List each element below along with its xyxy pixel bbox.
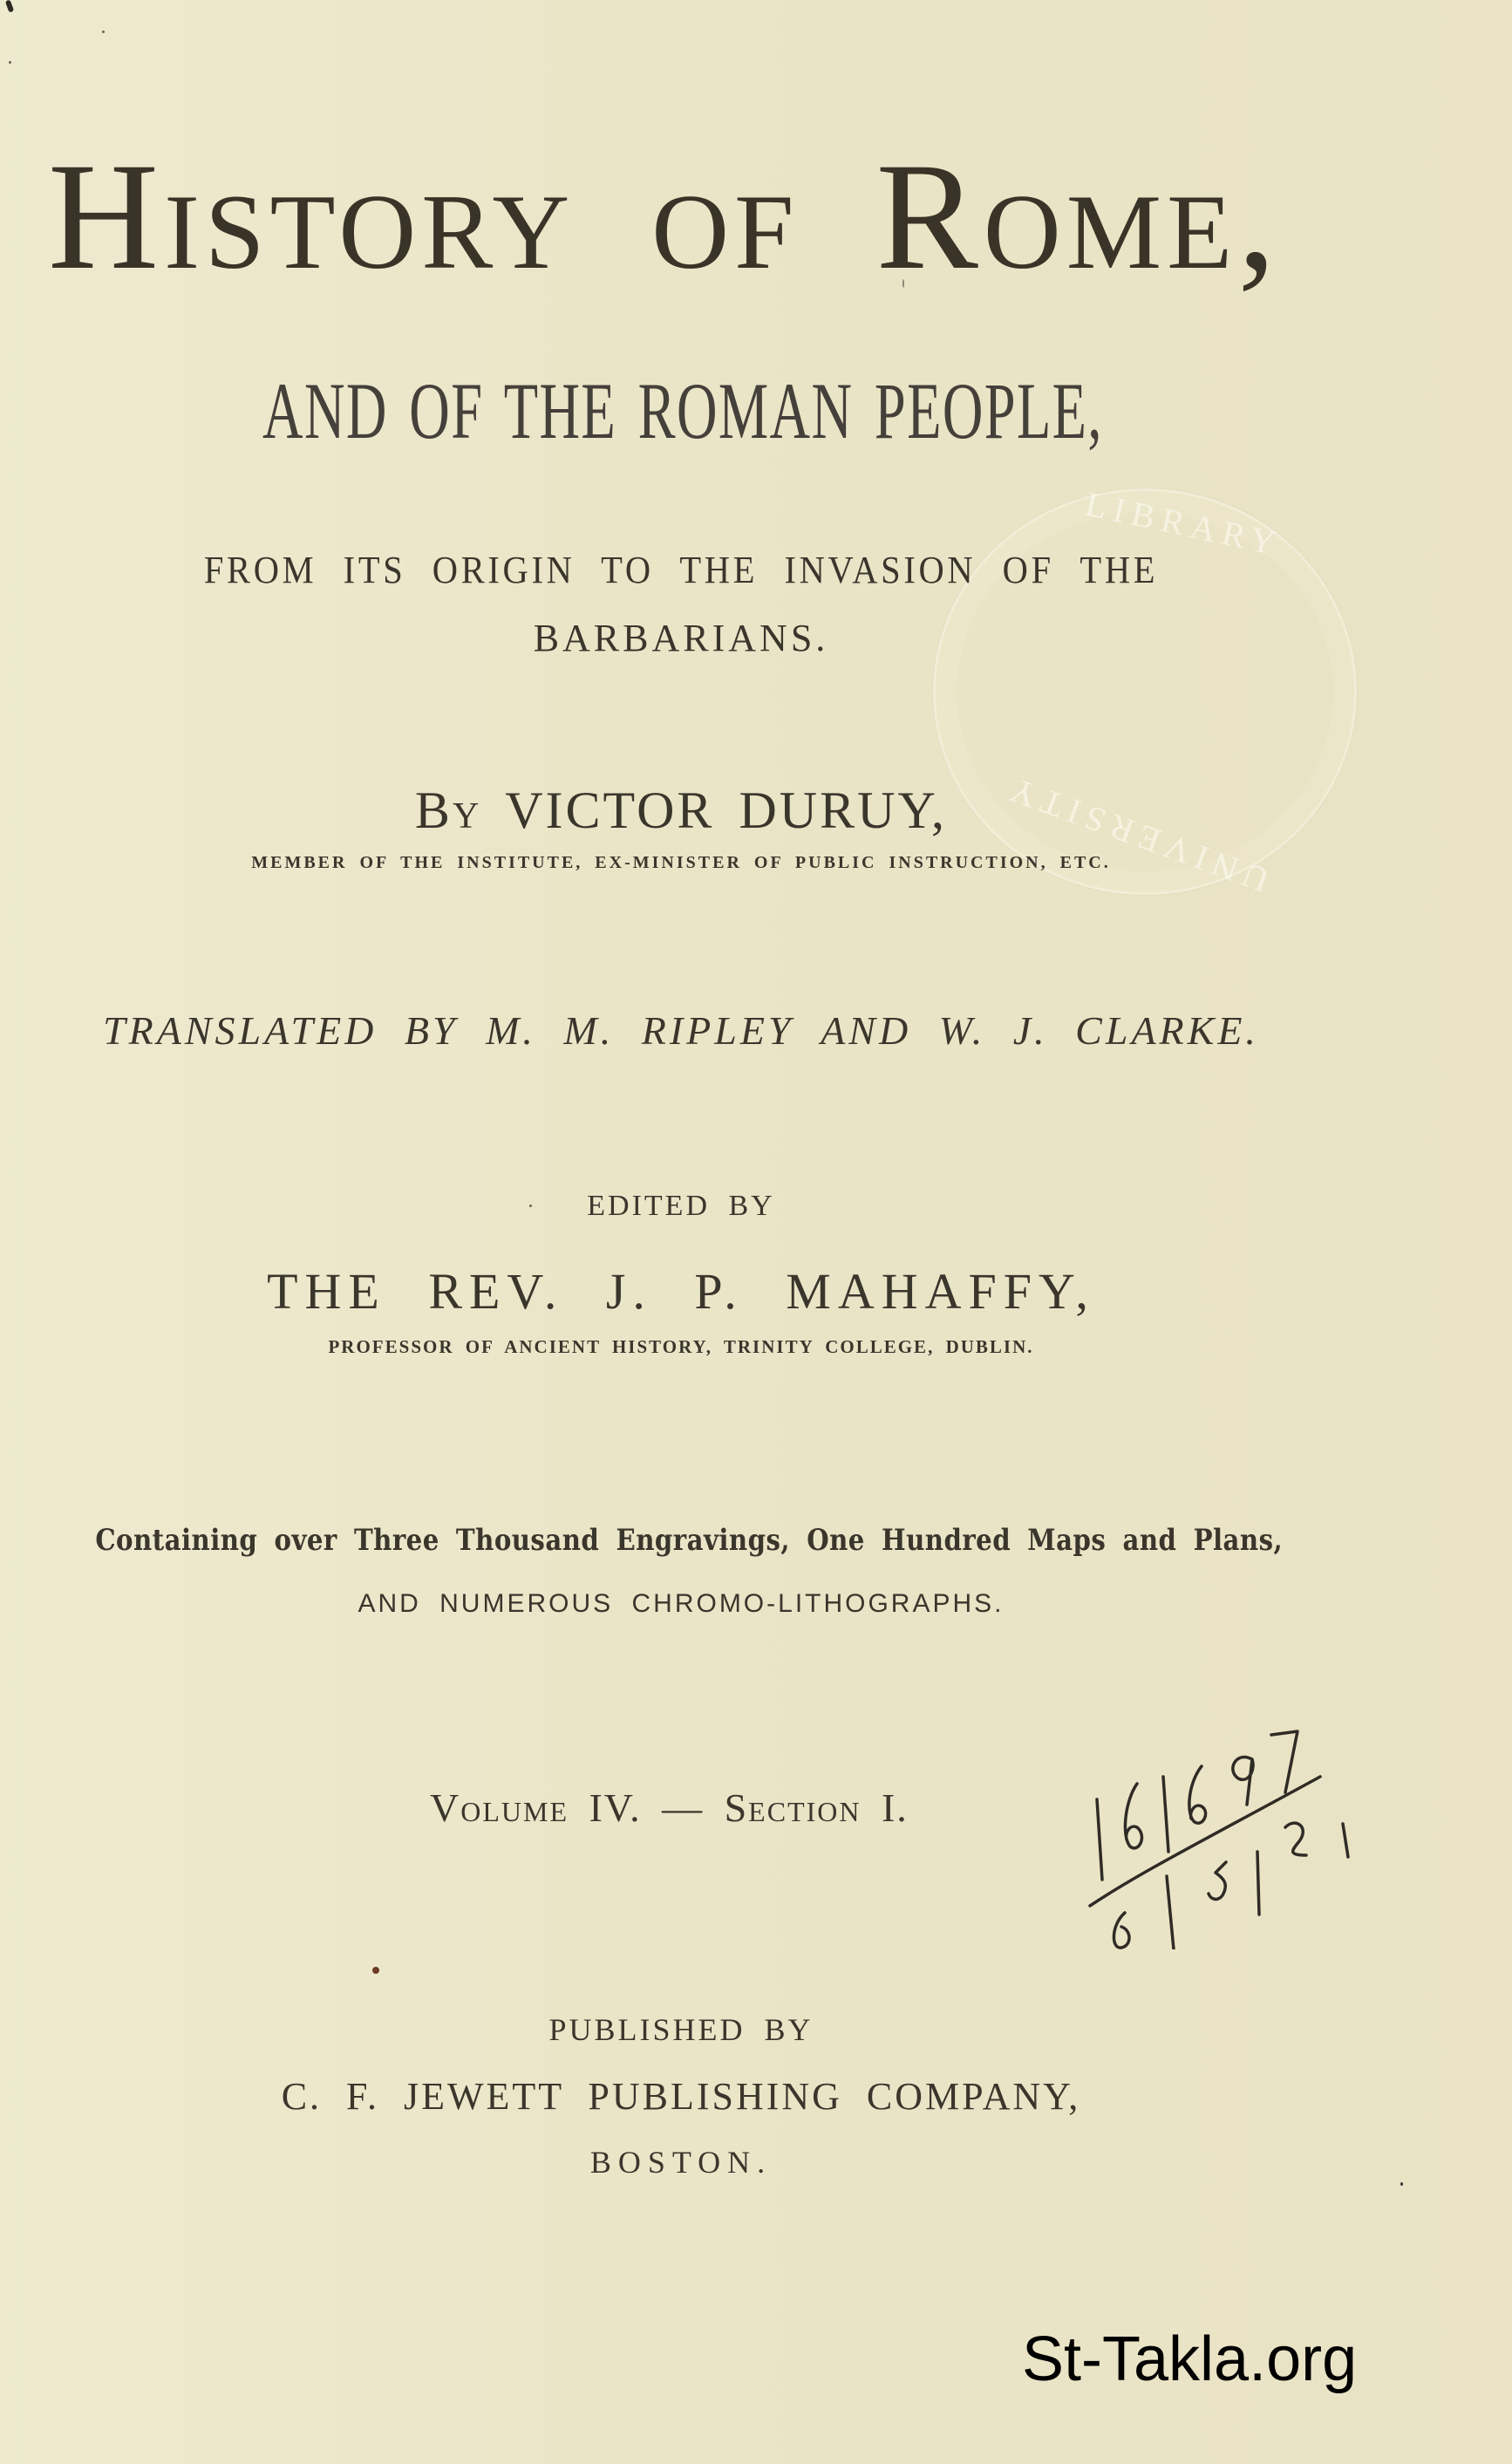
contents-second-line: AND NUMEROUS CHROMO-LITHOGRAPHS. xyxy=(0,1589,1362,1619)
ink-mark xyxy=(5,0,14,13)
speck xyxy=(9,61,11,64)
edited-by-label: EDITED BY xyxy=(0,1190,1362,1223)
speck xyxy=(1400,2182,1403,2186)
subtitle-from-line: FROM ITS ORIGIN TO THE INVASION OF THE xyxy=(54,548,1307,592)
speck xyxy=(102,31,105,33)
editor-credentials: PROFESSOR OF ANCIENT HISTORY, TRINITY CO… xyxy=(0,1336,1362,1358)
book-subtitle: AND OF THE ROMAN PEOPLE, xyxy=(205,365,1161,457)
author-by: By xyxy=(415,782,481,839)
author-name: VICTOR DURUY, xyxy=(505,782,947,839)
published-by-label: PUBLISHED BY xyxy=(0,2011,1362,2048)
publisher-name: C. F. JEWETT PUBLISHING COMPANY, xyxy=(0,2074,1362,2119)
handwritten-accession-note xyxy=(1073,1696,1369,1949)
contents-blackletter-line: Containing over Three Thousand Engraving… xyxy=(95,1523,1266,1558)
book-title: History of Rome, xyxy=(48,129,1281,305)
editor-name: THE REV. J. P. MAHAFFY, xyxy=(0,1262,1362,1321)
publisher-city: BOSTON. xyxy=(0,2144,1362,2181)
author-line: By VICTOR DURUY, xyxy=(0,781,1362,841)
subtitle-from-line-cont: BARBARIANS. xyxy=(0,616,1362,660)
volume-label: Volume IV. — Section I. xyxy=(430,1785,909,1831)
author-credentials: MEMBER OF THE INSTITUTE, EX-MINISTER OF … xyxy=(0,853,1362,873)
translators-line: TRANSLATED BY M. M. RIPLEY AND W. J. CLA… xyxy=(0,1007,1362,1054)
speck-red xyxy=(372,1967,379,1974)
watermark: St-Takla.org xyxy=(1022,2324,1357,2395)
